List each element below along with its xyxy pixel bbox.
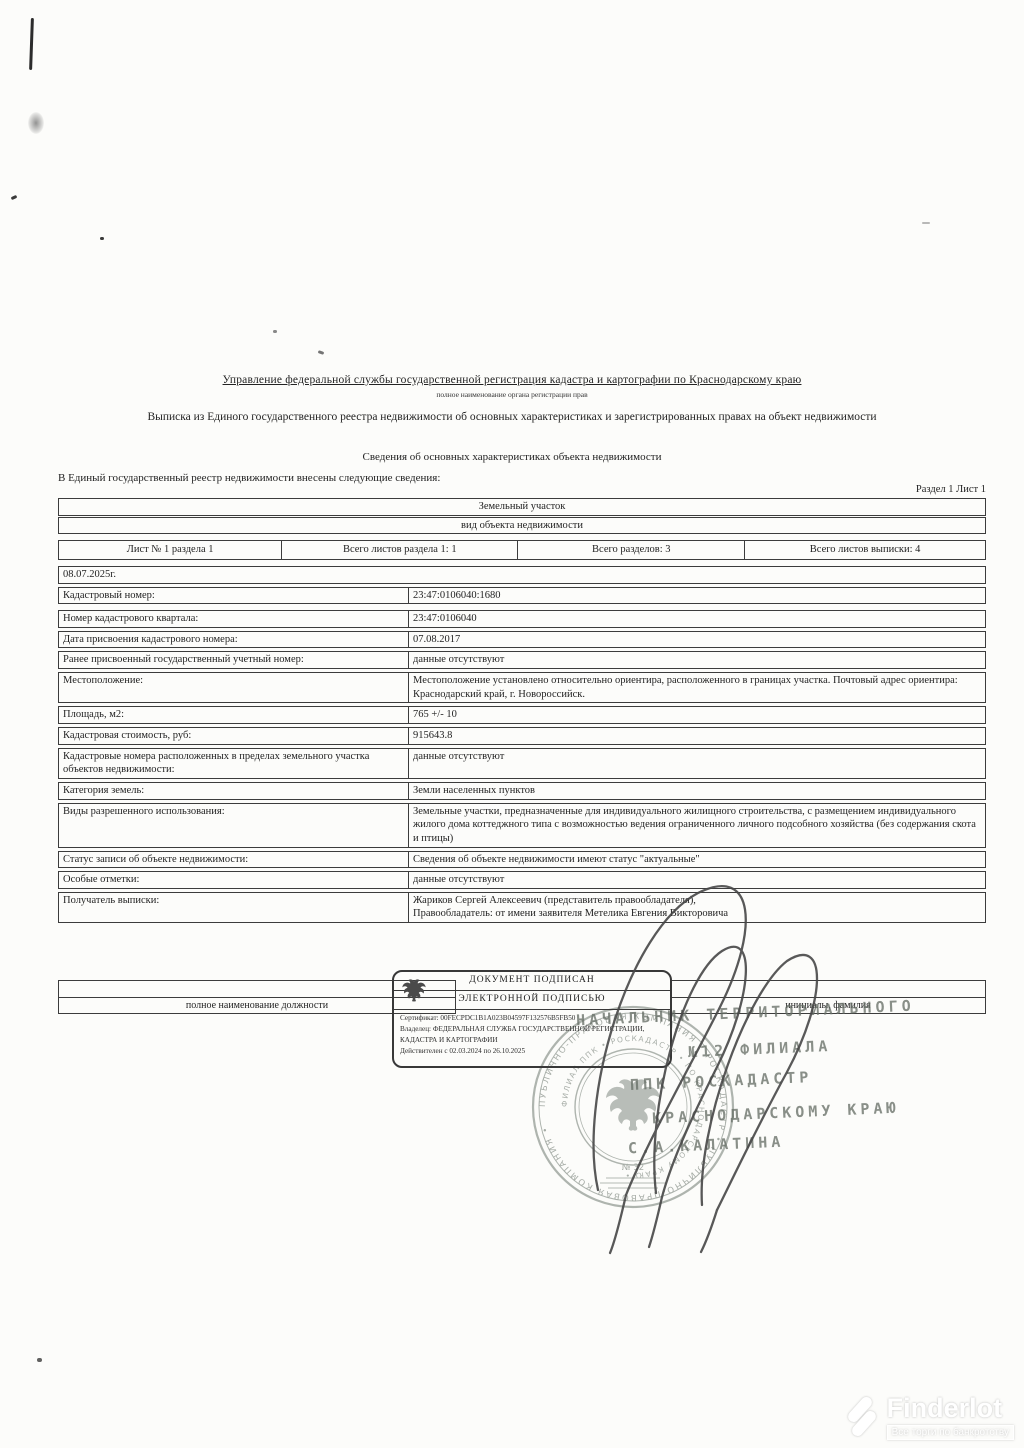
row-label: Статус записи об объекте недвижимости:	[59, 852, 409, 868]
row-label: Кадастровая стоимость, руб:	[59, 728, 409, 744]
row-value: Сведения об объекте недвижимости имеют с…	[409, 852, 985, 868]
ink-stamp-line: КРАСНОДАРСКОМУ КРАЮ	[652, 1099, 900, 1128]
table-rows: Кадастровый номер:23:47:0106040:1680Номе…	[58, 587, 986, 924]
row-value: 07.08.2017	[409, 632, 985, 648]
scan-artifact	[11, 195, 18, 200]
row-label: Номер кадастрового квартала:	[59, 611, 409, 627]
seal-number: № 32	[622, 1163, 644, 1173]
section-title: Сведения об основных характеристиках объ…	[0, 451, 1024, 463]
object-type-caption-row: вид объекта недвижимости	[58, 517, 986, 535]
table-row: Кадастровый номер:23:47:0106040:1680	[58, 587, 986, 605]
object-type: Земельный участок	[475, 499, 570, 515]
table-row: Ранее присвоенный государственный учетны…	[58, 651, 986, 669]
table-row: Дата присвоения кадастрового номера:07.0…	[58, 631, 986, 649]
extract-date: 08.07.2025г.	[59, 567, 120, 583]
sheet-info-cell: Всего разделов: 3	[517, 541, 744, 559]
row-label: Особые отметки:	[59, 872, 409, 888]
row-label: Дата присвоения кадастрового номера:	[59, 632, 409, 648]
scan-artifact	[922, 222, 930, 224]
esign-line2: ЭЛЕКТРОННОЙ ПОДПИСЬЮ	[394, 991, 670, 1010]
row-value: 765 +/- 10	[409, 707, 985, 723]
scan-artifact	[318, 350, 325, 355]
scan-artifact	[28, 112, 44, 134]
esignature-header: ДОКУМЕНТ ПОДПИСАН ЭЛЕКТРОННОЙ ПОДПИСЬЮ	[394, 972, 670, 1010]
table-row: Номер кадастрового квартала:23:47:010604…	[58, 610, 986, 628]
object-characteristics-table: Земельный участок вид объекта недвижимос…	[58, 498, 986, 923]
row-label: Ранее присвоенный государственный учетны…	[59, 652, 409, 668]
row-value: 915643.8	[409, 728, 985, 744]
sheet-info-cell: Всего листов раздела 1: 1	[281, 541, 517, 559]
section-sheet-ref: Раздел 1 Лист 1	[916, 484, 986, 495]
intro-line: В Единый государственный реестр недвижим…	[58, 472, 440, 484]
sheet-info-row: Лист № 1 раздела 1 Всего листов раздела …	[58, 540, 986, 560]
esign-line1: ДОКУМЕНТ ПОДПИСАН	[394, 972, 670, 991]
table-row: Площадь, м2:765 +/- 10	[58, 706, 986, 724]
object-type-row: Земельный участок	[58, 498, 986, 516]
esignature-stamp: ДОКУМЕНТ ПОДПИСАН ЭЛЕКТРОННОЙ ПОДПИСЬЮ С…	[392, 970, 672, 1068]
row-value: данные отсутствуют	[409, 872, 985, 888]
table-row: Кадастровые номера расположенных в преде…	[58, 748, 986, 779]
ink-stamp-line: С.А.КАЛАТИНА	[628, 1133, 785, 1158]
row-value: данные отсутствуют	[409, 652, 985, 668]
row-label: Площадь, м2:	[59, 707, 409, 723]
org-subtitle: полное наименование органа регистрации п…	[0, 390, 1024, 399]
scan-artifact	[273, 330, 277, 333]
scan-artifact	[37, 1358, 42, 1362]
row-value: 23:47:0106040	[409, 611, 985, 627]
table-row: Кадастровая стоимость, руб:915643.8	[58, 727, 986, 745]
row-label: Кадастровые номера расположенных в преде…	[59, 749, 409, 778]
watermark-tagline: Все торги по банкротству	[887, 1425, 1014, 1440]
scanned-document-page: Управление федеральной службы государств…	[0, 0, 1024, 1448]
esign-validity: Действителен с 02.03.2024 по 26.10.2025	[400, 1046, 664, 1057]
row-value: Земли населенных пунктов	[409, 783, 985, 799]
table-row: Виды разрешенного использования:Земельны…	[58, 803, 986, 848]
table-row: Местоположение:Местоположение установлен…	[58, 672, 986, 703]
esign-certificate: Сертификат: 00FECPDC1B1A023B04597F132576…	[400, 1013, 664, 1024]
row-value: Жариков Сергей Алексеевич (представитель…	[409, 893, 985, 922]
sheet-info-cell: Всего листов выписки: 4	[744, 541, 985, 559]
table-row: Получатель выписки:Жариков Сергей Алексе…	[58, 892, 986, 923]
row-label: Виды разрешенного использования:	[59, 804, 409, 847]
table-row: Статус записи об объекте недвижимости:Св…	[58, 851, 986, 869]
finderlot-watermark: Finderlot Все торги по банкротству	[845, 1395, 1014, 1440]
sheet-info-cell: Лист № 1 раздела 1	[59, 541, 281, 559]
coat-of-arms-eagle-icon	[401, 975, 427, 1005]
watermark-brand: Finderlot	[887, 1395, 1003, 1422]
row-value: Земельные участки, предназначенные для и…	[409, 804, 985, 847]
row-value: данные отсутствуют	[409, 749, 985, 778]
row-label: Категория земель:	[59, 783, 409, 799]
document-title: Выписка из Единого государственного реес…	[0, 411, 1024, 423]
finderlot-logo-icon	[845, 1396, 879, 1440]
object-type-caption: вид объекта недвижимости	[457, 518, 587, 534]
ink-stamp-line: ППК РОСКАДАСТР	[630, 1068, 813, 1094]
ink-stamp-line: №12 ФИЛИАЛА	[688, 1037, 832, 1061]
esign-owner: Владелец: ФЕДЕРАЛЬНАЯ СЛУЖБА ГОСУДАРСТВЕ…	[400, 1024, 664, 1046]
row-label: Местоположение:	[59, 673, 409, 702]
table-row: Категория земель:Земли населенных пункто…	[58, 782, 986, 800]
row-label: Кадастровый номер:	[59, 588, 409, 604]
row-value: Местоположение установлено относительно …	[409, 673, 985, 702]
name-blank	[671, 981, 985, 998]
table-row: Особые отметки:данные отсутствуют	[58, 871, 986, 889]
org-title: Управление федеральной службы государств…	[0, 374, 1024, 386]
extract-date-row: 08.07.2025г.	[58, 566, 986, 584]
scan-artifact	[100, 237, 104, 240]
scan-artifact	[29, 18, 34, 70]
esign-details: Сертификат: 00FECPDC1B1A023B04597F132576…	[394, 1010, 670, 1058]
row-label: Получатель выписки:	[59, 893, 409, 922]
row-value: 23:47:0106040:1680	[409, 588, 985, 604]
